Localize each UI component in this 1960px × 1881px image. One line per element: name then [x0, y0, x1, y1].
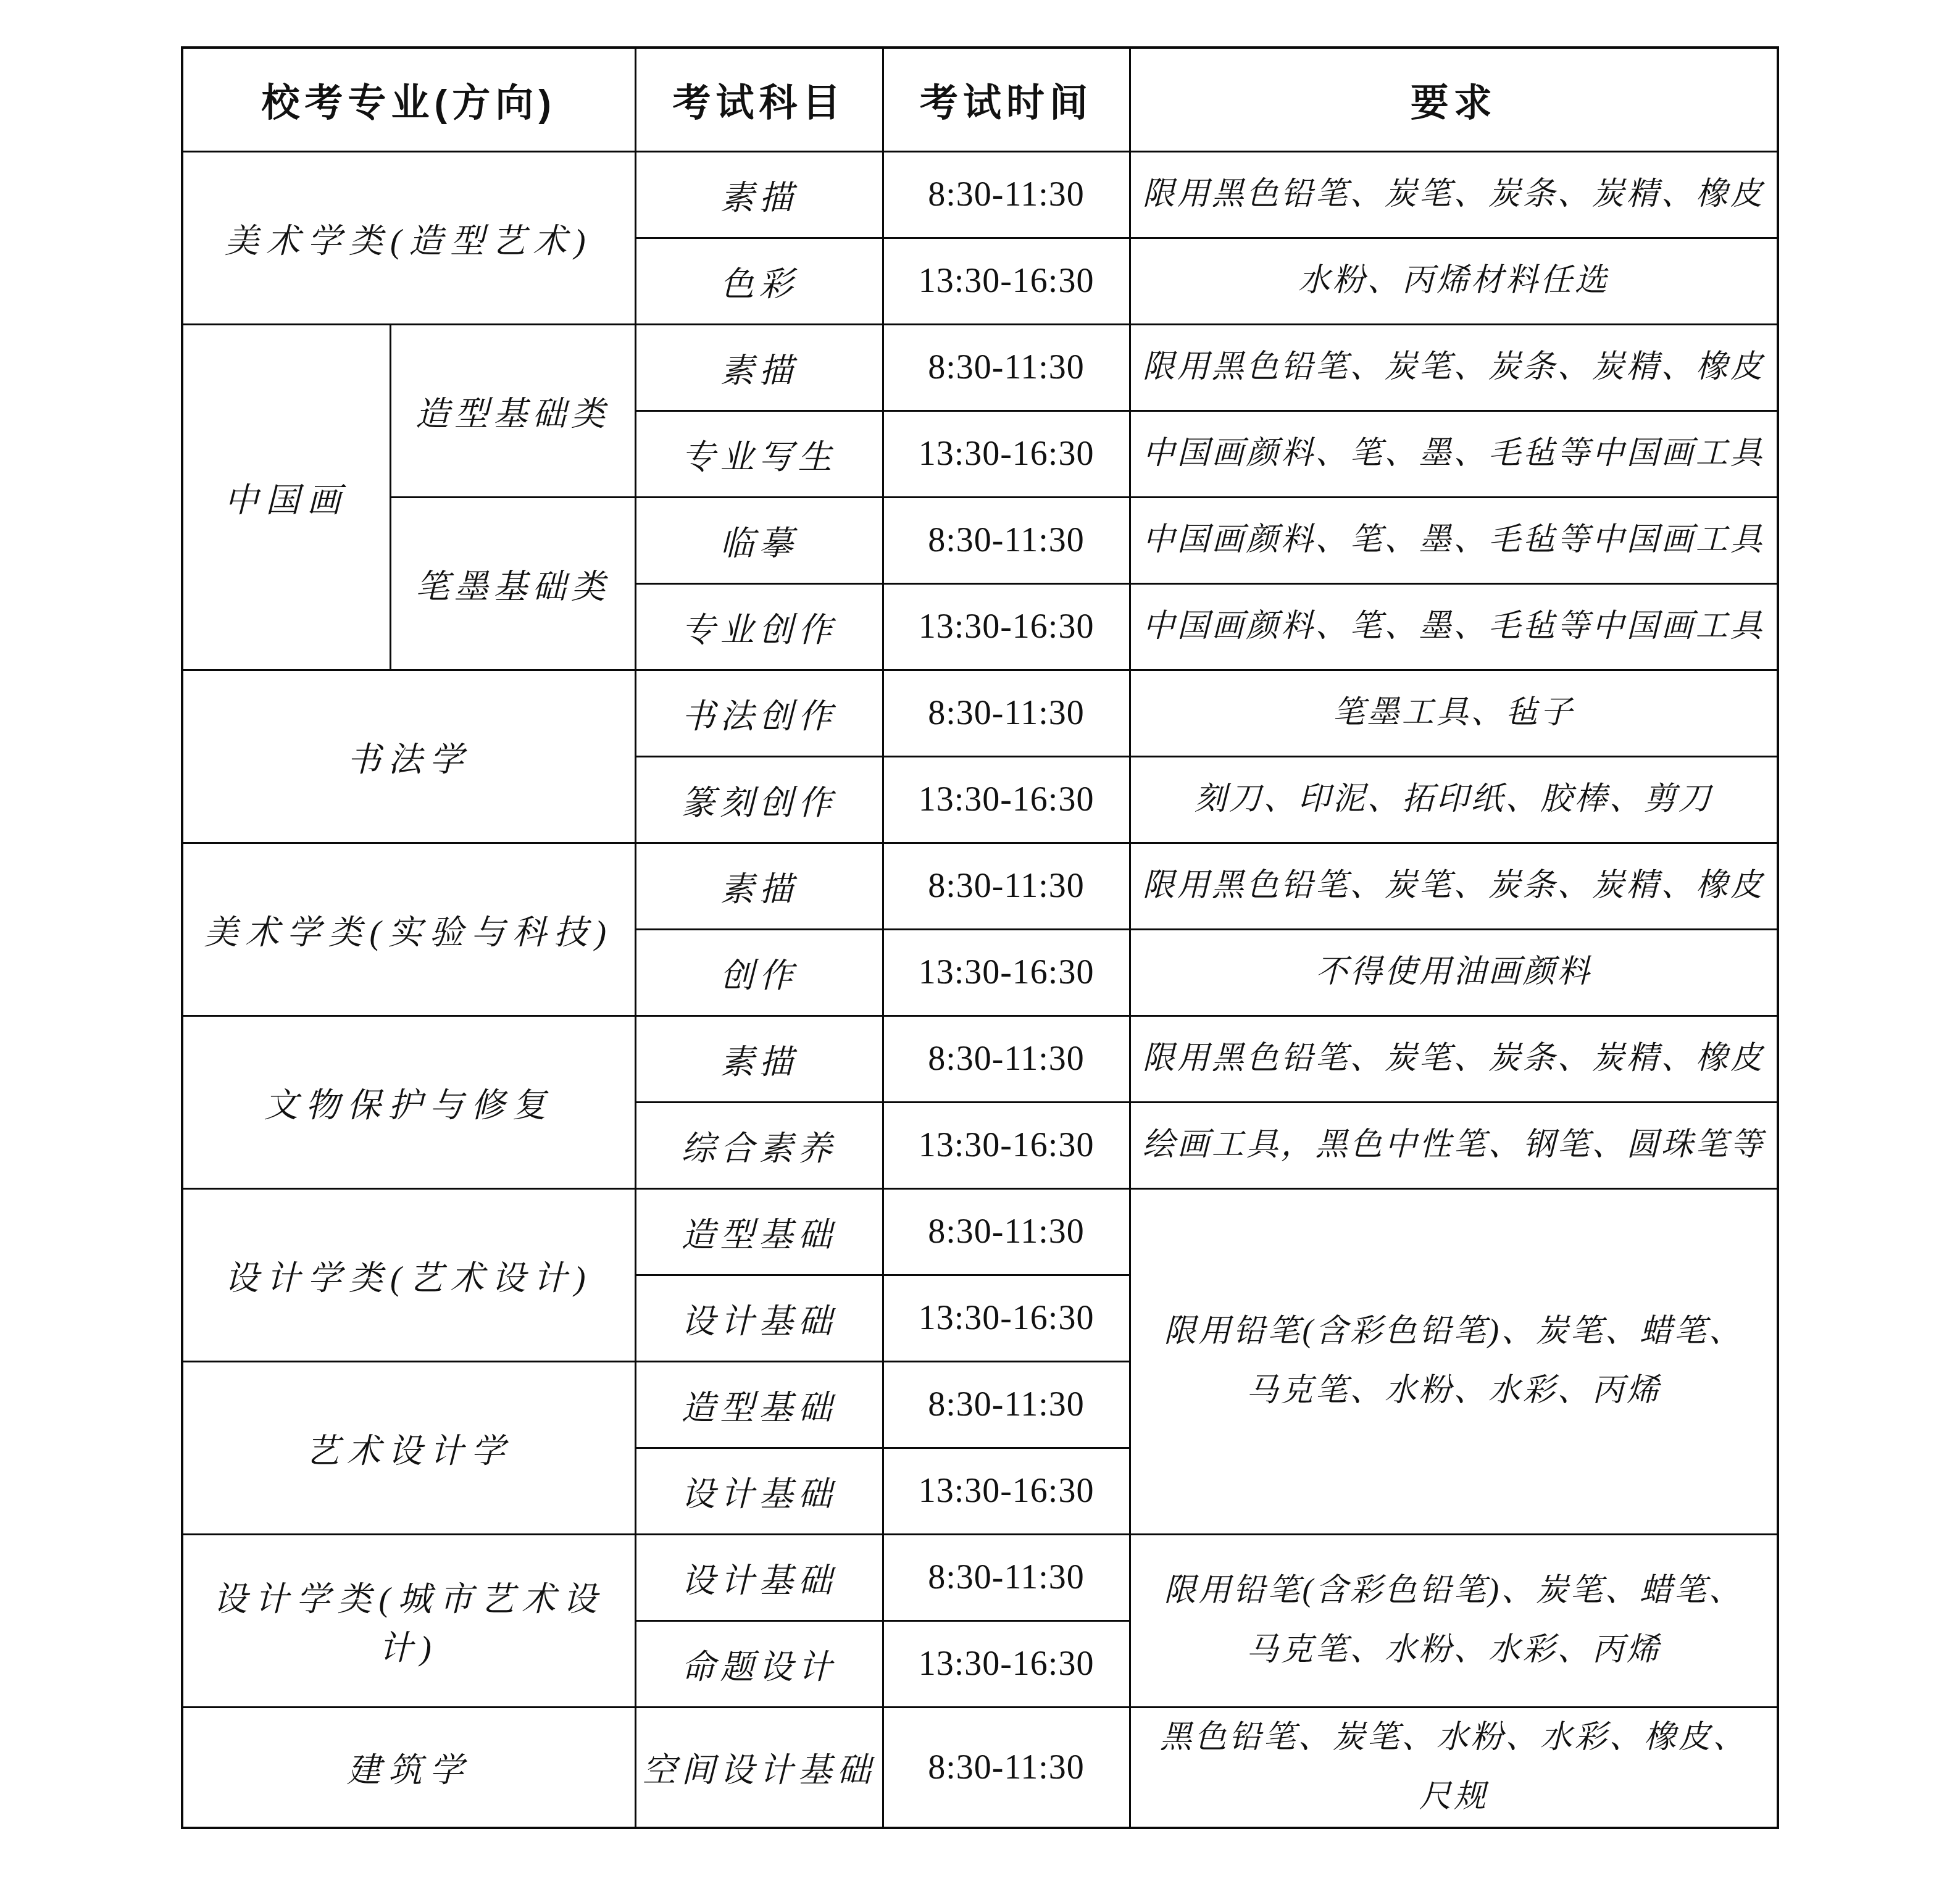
time-cell: 8:30-11:30	[883, 497, 1130, 583]
requirement-cell: 中国画颜料、笔、墨、毛毡等中国画工具	[1130, 497, 1778, 583]
time-cell: 13:30-16:30	[883, 1102, 1130, 1188]
table-row: 书法学书法创作8:30-11:30笔墨工具、毡子	[182, 670, 1778, 756]
major-cell: 书法学	[182, 670, 635, 843]
subject-cell: 造型基础	[635, 1361, 883, 1448]
time-cell: 13:30-16:30	[883, 1448, 1130, 1534]
major-cell: 设计学类(城市艺术设计)	[182, 1534, 635, 1707]
requirement-cell: 限用铅笔(含彩色铅笔)、炭笔、蜡笔、马克笔、水粉、水彩、丙烯	[1130, 1534, 1778, 1707]
header-row: 校考专业(方向)考试科目考试时间要求	[182, 48, 1778, 151]
time-cell: 13:30-16:30	[883, 583, 1130, 670]
subject-cell: 设计基础	[635, 1275, 883, 1361]
requirement-cell: 限用黑色铅笔、炭笔、炭条、炭精、橡皮	[1130, 151, 1778, 238]
subject-cell: 临摹	[635, 497, 883, 583]
requirement-line: 限用铅笔(含彩色铅笔)、炭笔、蜡笔、	[1164, 1314, 1743, 1349]
header-major: 校考专业(方向)	[182, 48, 635, 151]
major-cell: 设计学类(艺术设计)	[182, 1188, 635, 1361]
major-cell: 文物保护与修复	[182, 1016, 635, 1188]
header-requirement: 要求	[1130, 48, 1778, 151]
time-cell: 8:30-11:30	[883, 1361, 1130, 1448]
time-cell: 13:30-16:30	[883, 238, 1130, 324]
subject-cell: 空间设计基础	[635, 1707, 883, 1828]
exam-schedule-table: 校考专业(方向)考试科目考试时间要求美术学类(造型艺术)素描8:30-11:30…	[181, 46, 1779, 1829]
requirement-line: 限用铅笔(含彩色铅笔)、炭笔、蜡笔、	[1164, 1573, 1743, 1608]
major-cell: 中国画	[182, 324, 390, 670]
time-cell: 8:30-11:30	[883, 843, 1130, 929]
subject-cell: 命题设计	[635, 1620, 883, 1707]
subject-cell: 设计基础	[635, 1448, 883, 1534]
requirement-cell: 限用黑色铅笔、炭笔、炭条、炭精、橡皮	[1130, 843, 1778, 929]
table-row: 设计学类(城市艺术设计)设计基础8:30-11:30限用铅笔(含彩色铅笔)、炭笔…	[182, 1534, 1778, 1620]
time-cell: 13:30-16:30	[883, 756, 1130, 843]
document-page: 校考专业(方向)考试科目考试时间要求美术学类(造型艺术)素描8:30-11:30…	[0, 0, 1960, 1881]
subgroup-cell: 笔墨基础类	[390, 497, 635, 670]
major-cell: 艺术设计学	[182, 1361, 635, 1534]
subject-cell: 书法创作	[635, 670, 883, 756]
time-cell: 8:30-11:30	[883, 324, 1130, 411]
subject-cell: 造型基础	[635, 1188, 883, 1275]
requirement-cell: 不得使用油画颜料	[1130, 929, 1778, 1016]
requirement-cell: 绘画工具，黑色中性笔、钢笔、圆珠笔等	[1130, 1102, 1778, 1188]
subject-cell: 专业写生	[635, 411, 883, 497]
subject-cell: 专业创作	[635, 583, 883, 670]
header-time: 考试时间	[883, 48, 1130, 151]
header-subject: 考试科目	[635, 48, 883, 151]
time-cell: 8:30-11:30	[883, 670, 1130, 756]
requirement-line: 马克笔、水粉、水彩、丙烯	[1246, 1373, 1661, 1408]
subject-cell: 综合素养	[635, 1102, 883, 1188]
table-row: 美术学类(实验与科技)素描8:30-11:30限用黑色铅笔、炭笔、炭条、炭精、橡…	[182, 843, 1778, 929]
table-row: 中国画造型基础类素描8:30-11:30限用黑色铅笔、炭笔、炭条、炭精、橡皮	[182, 324, 1778, 411]
requirement-cell: 中国画颜料、笔、墨、毛毡等中国画工具	[1130, 411, 1778, 497]
table-row: 笔墨基础类临摹8:30-11:30中国画颜料、笔、墨、毛毡等中国画工具	[182, 497, 1778, 583]
time-cell: 8:30-11:30	[883, 151, 1130, 238]
subject-cell: 设计基础	[635, 1534, 883, 1620]
table-row: 文物保护与修复素描8:30-11:30限用黑色铅笔、炭笔、炭条、炭精、橡皮	[182, 1016, 1778, 1102]
table-row: 美术学类(造型艺术)素描8:30-11:30限用黑色铅笔、炭笔、炭条、炭精、橡皮	[182, 151, 1778, 238]
subject-cell: 素描	[635, 843, 883, 929]
subgroup-cell: 造型基础类	[390, 324, 635, 497]
requirement-cell: 限用铅笔(含彩色铅笔)、炭笔、蜡笔、马克笔、水粉、水彩、丙烯	[1130, 1188, 1778, 1534]
requirement-line: 尺规	[1419, 1779, 1488, 1814]
table-row: 设计学类(艺术设计)造型基础8:30-11:30限用铅笔(含彩色铅笔)、炭笔、蜡…	[182, 1188, 1778, 1275]
requirement-line: 黑色铅笔、炭笔、水粉、水彩、橡皮、	[1160, 1720, 1748, 1755]
requirement-cell: 限用黑色铅笔、炭笔、炭条、炭精、橡皮	[1130, 324, 1778, 411]
requirement-line: 马克笔、水粉、水彩、丙烯	[1246, 1632, 1661, 1667]
time-cell: 8:30-11:30	[883, 1534, 1130, 1620]
major-cell: 美术学类(造型艺术)	[182, 151, 635, 324]
requirement-cell: 笔墨工具、毡子	[1130, 670, 1778, 756]
requirement-cell: 水粉、丙烯材料任选	[1130, 238, 1778, 324]
table-row: 建筑学空间设计基础8:30-11:30黑色铅笔、炭笔、水粉、水彩、橡皮、尺规	[182, 1707, 1778, 1828]
requirement-cell: 中国画颜料、笔、墨、毛毡等中国画工具	[1130, 583, 1778, 670]
requirement-cell: 刻刀、印泥、拓印纸、胶棒、剪刀	[1130, 756, 1778, 843]
subject-cell: 创作	[635, 929, 883, 1016]
subject-cell: 色彩	[635, 238, 883, 324]
time-cell: 8:30-11:30	[883, 1188, 1130, 1275]
subject-cell: 素描	[635, 324, 883, 411]
subject-cell: 素描	[635, 1016, 883, 1102]
major-cell: 美术学类(实验与科技)	[182, 843, 635, 1016]
time-cell: 13:30-16:30	[883, 929, 1130, 1016]
requirement-cell: 限用黑色铅笔、炭笔、炭条、炭精、橡皮	[1130, 1016, 1778, 1102]
requirement-cell: 黑色铅笔、炭笔、水粉、水彩、橡皮、尺规	[1130, 1707, 1778, 1828]
time-cell: 13:30-16:30	[883, 411, 1130, 497]
time-cell: 8:30-11:30	[883, 1016, 1130, 1102]
subject-cell: 素描	[635, 151, 883, 238]
major-cell: 建筑学	[182, 1707, 635, 1828]
exam-schedule-body: 校考专业(方向)考试科目考试时间要求美术学类(造型艺术)素描8:30-11:30…	[182, 48, 1778, 1828]
subject-cell: 篆刻创作	[635, 756, 883, 843]
time-cell: 13:30-16:30	[883, 1275, 1130, 1361]
time-cell: 13:30-16:30	[883, 1620, 1130, 1707]
time-cell: 8:30-11:30	[883, 1707, 1130, 1828]
